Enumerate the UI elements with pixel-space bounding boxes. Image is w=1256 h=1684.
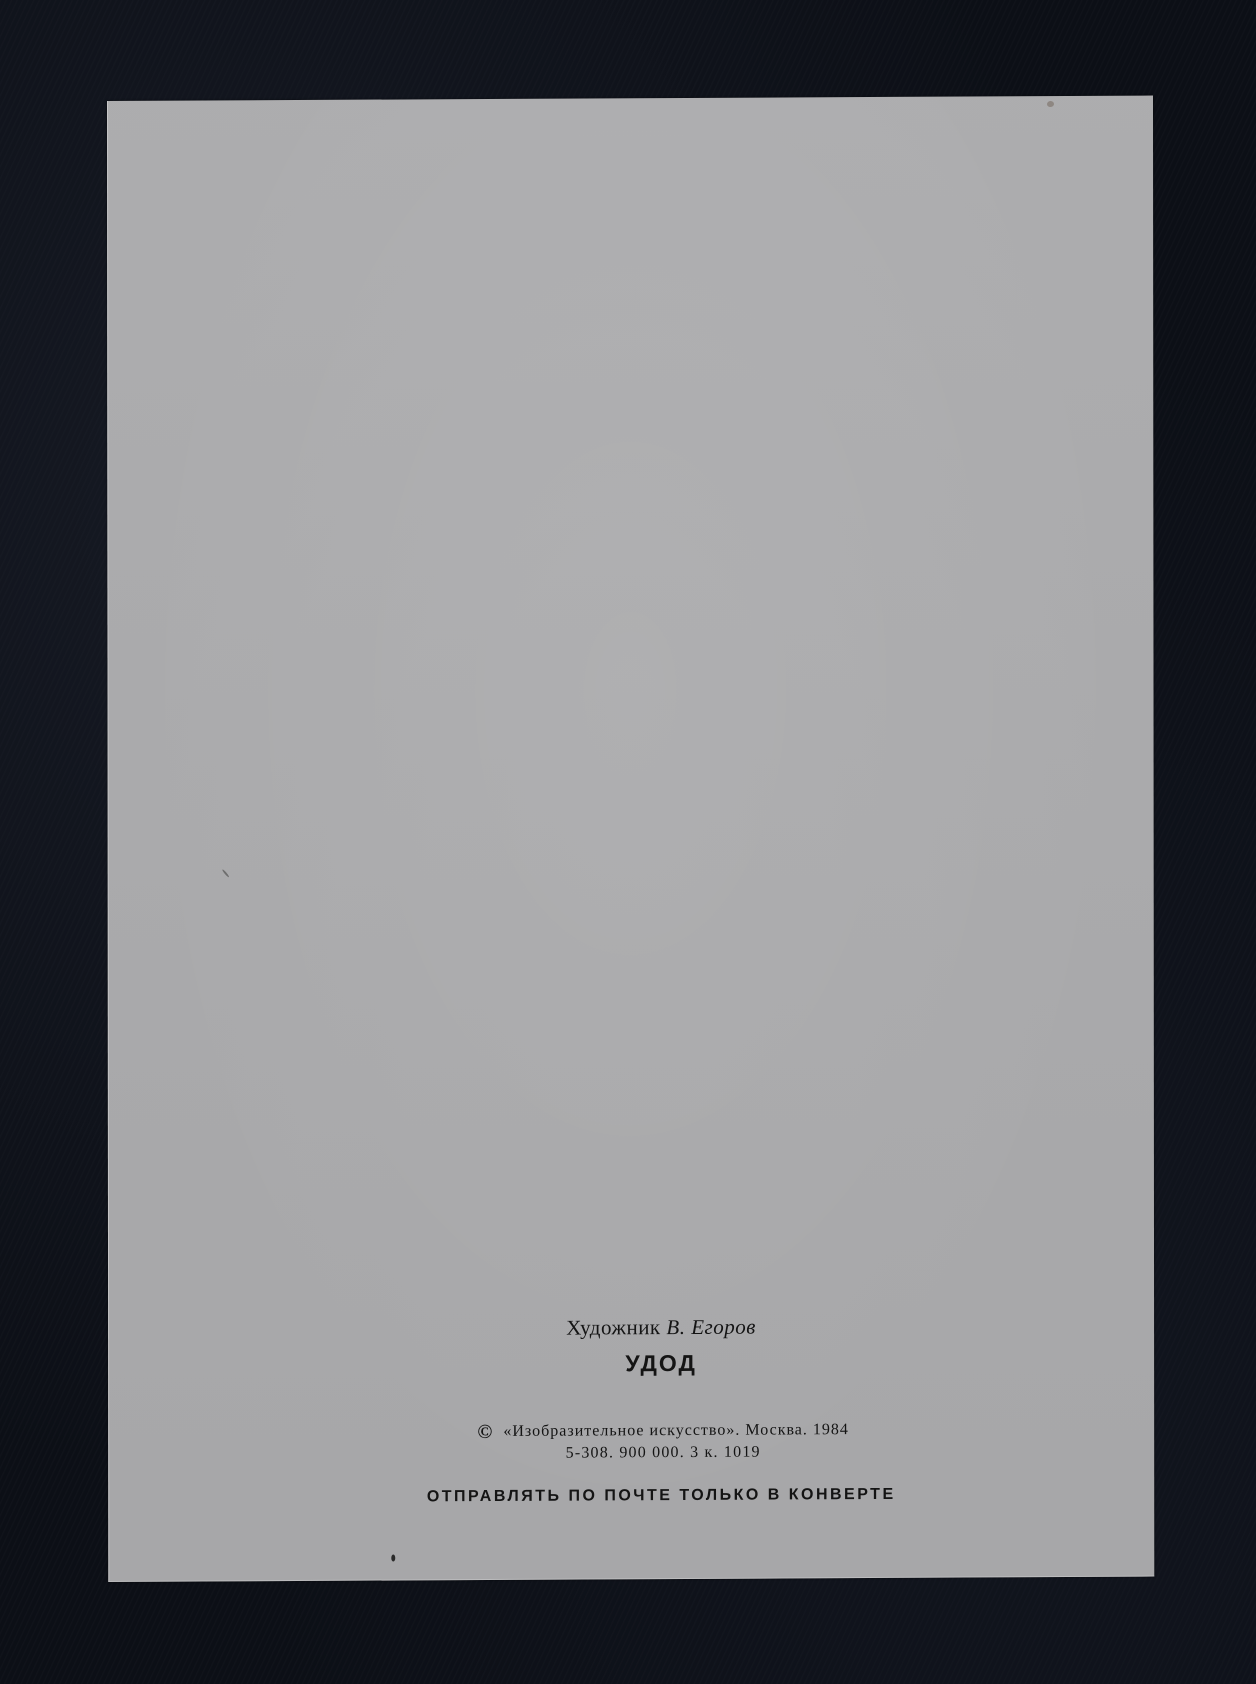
publisher-text: «Изобразительное искусство». Москва. 198…: [503, 1421, 849, 1440]
artist-name: В. Егоров: [666, 1315, 755, 1339]
artwork-title: УДОД: [138, 1347, 1184, 1379]
postcard-back: Художник В. Егоров УДОД ©«Изобразительно…: [107, 96, 1154, 1582]
ink-dot: [391, 1554, 395, 1561]
paper-scratch: [222, 869, 230, 878]
artist-credit: Художник В. Егоров: [138, 1312, 1184, 1342]
artist-label: Художник: [566, 1315, 660, 1339]
paper-blemish: [1047, 101, 1054, 107]
copyright-icon: ©: [477, 1421, 493, 1444]
mailing-instruction: ОТПРАВЛЯТЬ ПО ПОЧТЕ ТОЛЬКО В КОНВЕРТЕ: [138, 1484, 1184, 1507]
